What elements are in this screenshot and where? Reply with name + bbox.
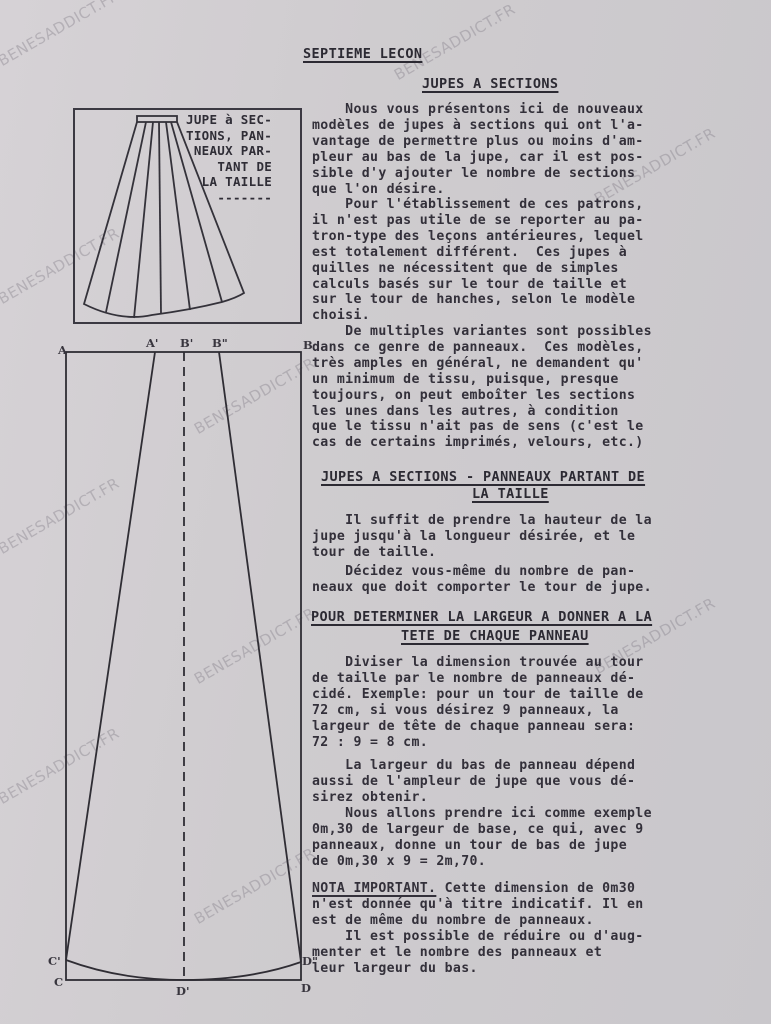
point-label-b-prime: B': [180, 336, 193, 350]
point-label-b-double-prime: B": [212, 336, 228, 350]
point-label-c: C: [54, 975, 63, 989]
intro-paragraph-1: Nous vous présentons ici de nouveaux mod…: [312, 102, 644, 197]
section2-heading-line2: LA TAILLE: [472, 486, 549, 502]
intro-paragraph-2: Pour l'établissement de ces patrons, il …: [312, 197, 644, 324]
point-label-d: D: [301, 981, 311, 995]
document-page: BENESADDICT.FR BENESADDICT.FR BENESADDIC…: [0, 0, 771, 1024]
nota-first-line: NOTA IMPORTANT. Cette dimension de 0m30: [312, 881, 635, 897]
section2-heading-line1: JUPES A SECTIONS - PANNEAUX PARTANT DE: [321, 469, 645, 485]
nota-text: n'est donnée qu'à titre indicatif. Il en…: [312, 897, 644, 929]
intro-paragraph-3: De multiples variantes sont possibles da…: [312, 324, 652, 451]
section3-paragraph-2: La largeur du bas de panneau dépend auss…: [312, 758, 635, 806]
panel-pattern: [66, 352, 301, 980]
section3-heading-line2: TETE DE CHAQUE PANNEAU: [401, 628, 589, 644]
point-label-a: A: [58, 343, 67, 357]
point-label-c-prime: C': [48, 954, 61, 968]
point-label-d-prime: D': [176, 984, 190, 998]
nota-text-line1: Cette dimension de 0m30: [436, 881, 635, 896]
skirt-sketch: [84, 116, 244, 318]
section3-heading-line1: POUR DETERMINER LA LARGEUR A DONNER A LA: [311, 609, 652, 625]
nota-label: NOTA IMPORTANT.: [312, 881, 436, 896]
section2-paragraph-2: Décidez vous-même du nombre de pan- neau…: [312, 564, 652, 596]
point-label-a-prime: A': [146, 336, 158, 350]
section2-paragraph-1: Il suffit de prendre la hauteur de la ju…: [312, 513, 652, 561]
nota-paragraph-2: Il est possible de réduire ou d'aug- men…: [312, 929, 644, 977]
section3-paragraph-1: Diviser la dimension trouvée au tour de …: [312, 655, 644, 750]
section3-paragraph-3: Nous allons prendre ici comme exemple 0m…: [312, 806, 652, 870]
